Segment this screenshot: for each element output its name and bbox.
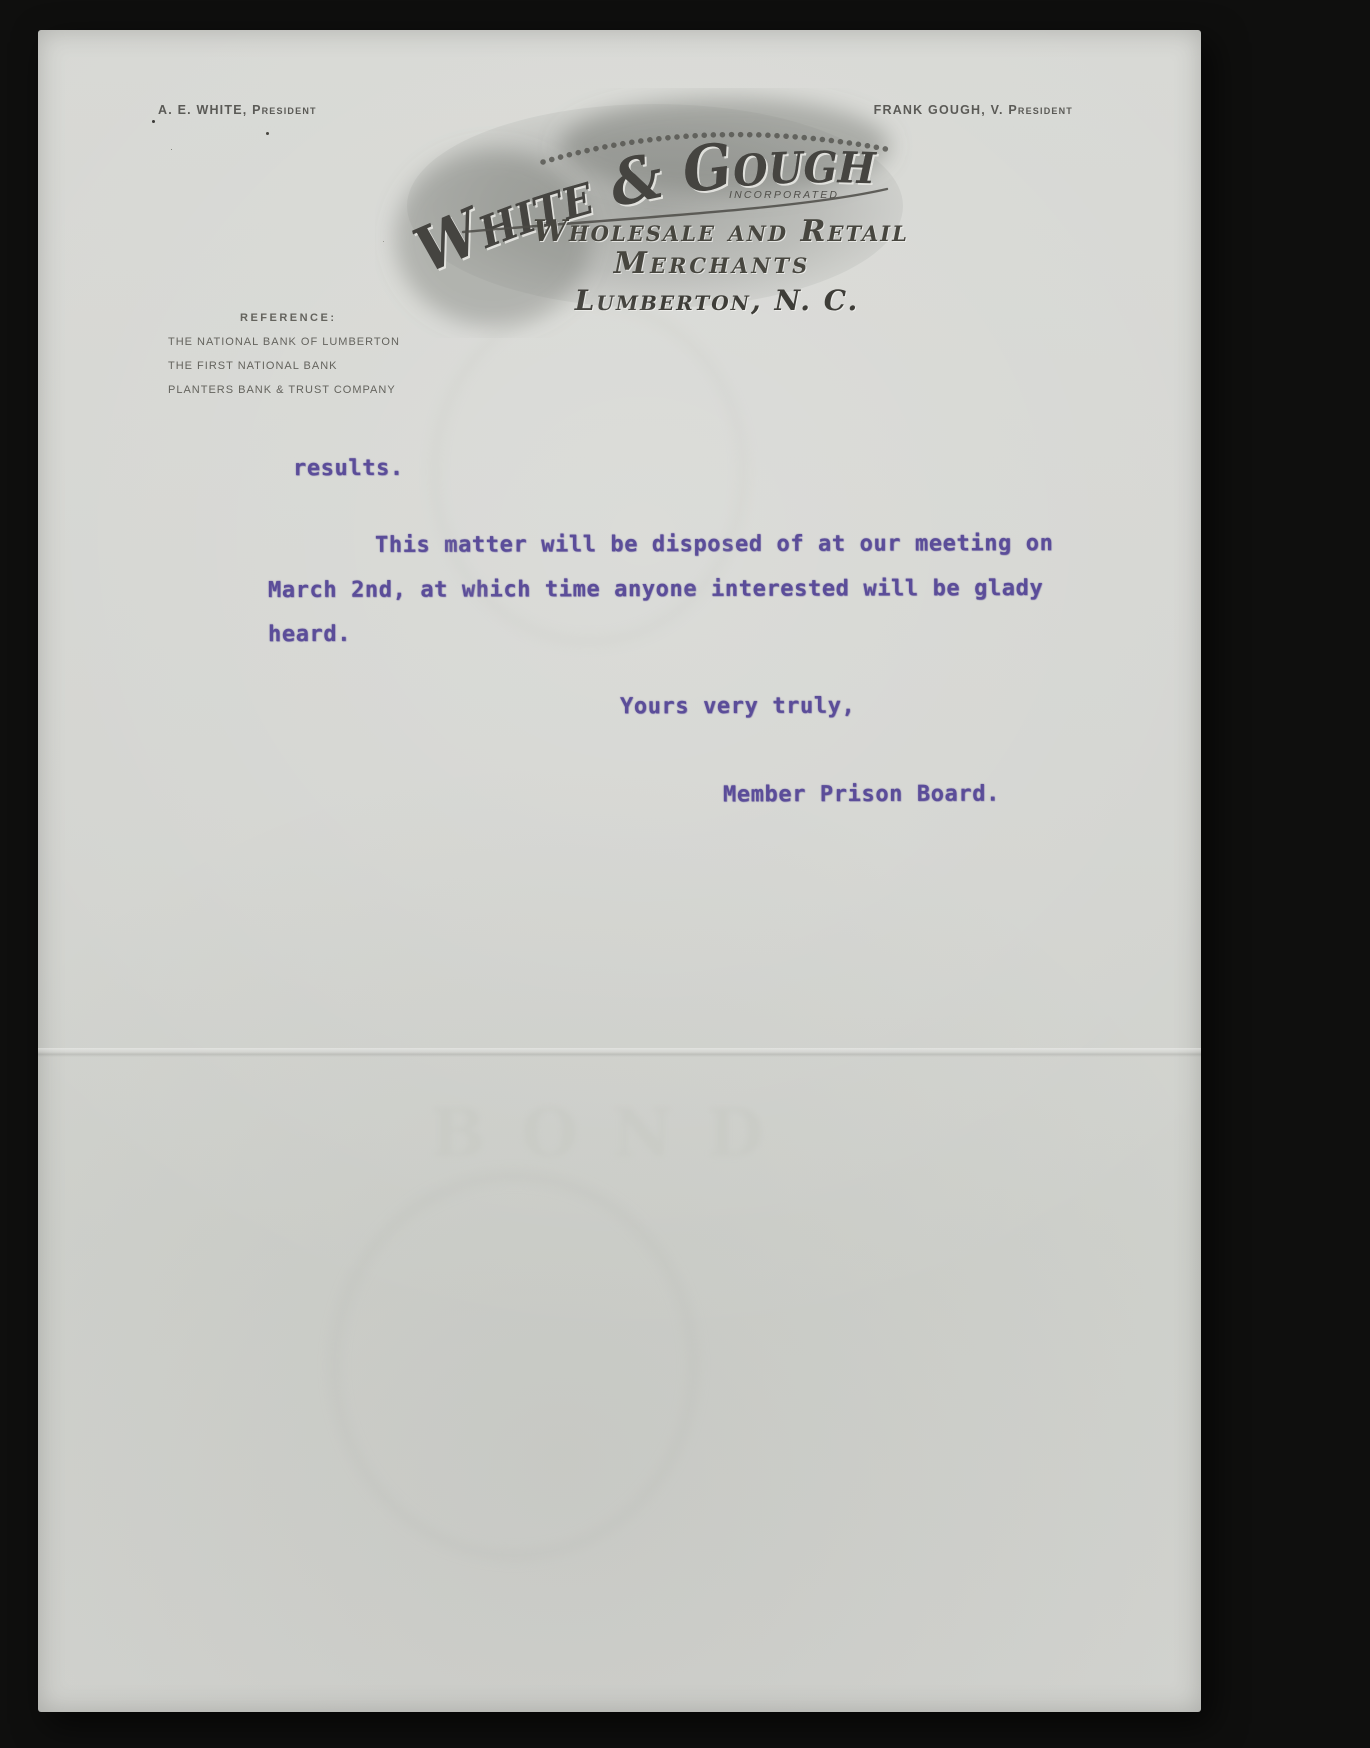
reference-block: REFERENCE: THE NATIONAL BANK OF LUMBERTO… — [168, 306, 400, 402]
body-line: March 2nd, at which time anyone interest… — [268, 576, 1043, 603]
location-text: Lumberton, N. C. — [574, 284, 860, 317]
reference-bank: THE NATIONAL BANK OF LUMBERTON — [168, 330, 400, 354]
officer-left-title: A. E. WHITE, President — [158, 103, 317, 117]
fold-crease — [38, 1048, 1201, 1057]
tagline-wholesale-retail: Wholesale and Retail — [533, 214, 909, 249]
signature-title: Member Prison Board. — [723, 782, 1000, 808]
closing-line: Yours very truly, — [620, 694, 855, 720]
reference-title: REFERENCE: — [240, 306, 400, 330]
letter-page: A. E. WHITE, President FRANK GOUGH, V. P… — [38, 30, 1201, 1712]
company-logo: White & Gough INCORPORATED Wholesale and… — [375, 88, 915, 338]
watermark-emblem — [330, 1172, 698, 1560]
reference-bank: PLANTERS BANK & TRUST COMPANY — [168, 378, 400, 402]
body-line: This matter will be disposed of at our m… — [375, 531, 1053, 558]
paper-specks — [152, 120, 155, 123]
watermark-bond-text: BOND — [430, 1094, 798, 1172]
body-line: heard. — [268, 622, 351, 647]
scanned-letter: A. E. WHITE, President FRANK GOUGH, V. P… — [0, 0, 1370, 1748]
body-fragment: results. — [293, 456, 404, 481]
reference-bank: THE FIRST NATIONAL BANK — [168, 354, 400, 378]
tagline-merchants: Merchants — [613, 246, 811, 281]
